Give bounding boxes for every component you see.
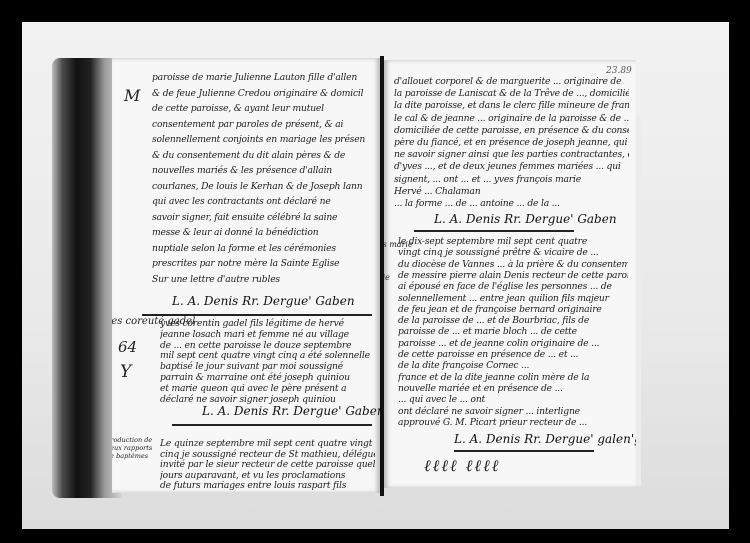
handwritten-line: ai épousé en face de l'église les person… (398, 281, 628, 292)
handwritten-line: ... la forme ... de ... antoine ... de l… (394, 198, 629, 209)
handwritten-line: vingt cinq je soussigné prêtre & vicaire… (398, 247, 628, 258)
handwritten-line: baptisé le jour suivant par moi soussign… (160, 361, 375, 372)
paraph-flourish: ℓℓℓℓ ℓℓℓℓ (424, 456, 500, 476)
handwritten-line: & du consentement du dit alain pères & d… (152, 150, 377, 161)
handwritten-line: de la paroisse de ... et de Bourbriac, f… (398, 315, 628, 326)
left-page: M paroisse de marie Julienne Lauton fill… (112, 58, 380, 493)
handwritten-line: Hervé ... Chalaman (394, 186, 629, 197)
handwritten-line: Sur une lettre d'autre rubles (152, 274, 377, 285)
handwritten-line: ... qui avec le ... ont (398, 394, 628, 405)
handwritten-line: le cal & de jeanne ... originaire de la … (394, 113, 629, 124)
margin-note-m: M (124, 86, 140, 105)
signature-left-2: L. A. Denis Rr. Dergue' Gaben'g (202, 404, 380, 418)
signature-left-1: L. A. Denis Rr. Dergue' Gaben (172, 294, 355, 308)
handwritten-line: qui avec les contractants ont déclaré ne (152, 196, 377, 207)
handwritten-line: courlanes, De louis le Kerhan & de Josep… (152, 181, 377, 192)
signature-right-1: L. A. Denis Rr. Dergue' Gaben (434, 212, 617, 226)
signature-right-2: L. A. Denis Rr. Dergue' galen'g (454, 432, 636, 446)
handwritten-line: déclaré ne savoir signer joseph quiniou (160, 394, 375, 405)
handwritten-line: de messire pierre alain Denis recteur de… (398, 270, 628, 281)
handwritten-line: savoir signer, fait ensuite célébré la s… (152, 212, 377, 223)
handwritten-line: yves corentin gadel fils légitime de her… (160, 318, 375, 329)
margin-note-bottom: Production de deux rapports de baptêmes (112, 436, 154, 460)
handwritten-line: france et de la dite jeanne colin mère d… (398, 372, 628, 383)
handwritten-line: prescrites par notre mère la Sainte Egli… (152, 258, 377, 269)
handwritten-line: nouvelles mariés & les présence d'allain (152, 165, 377, 176)
handwritten-line: parrain & marraine ont été joseph quinio… (160, 372, 375, 383)
handwritten-line: jeanne losach mari et femme né au villag… (160, 329, 375, 340)
handwritten-line: messe & leur ai donné la bénédiction (152, 227, 377, 238)
handwritten-line: ne savoir signer ainsi que les parties c… (394, 149, 629, 160)
handwritten-line: approuvé G. M. Picart prieur recteur de … (398, 417, 628, 428)
handwritten-line: de cette paroisse en présence de ... et … (398, 349, 628, 360)
handwritten-line: paroisse de marie Julienne Lauton fille … (152, 72, 377, 83)
folio-number: 23.89 (606, 66, 632, 76)
margin-note: de marie (384, 273, 390, 282)
handwritten-line: de futurs mariages entre louis raspart f… (160, 480, 375, 491)
handwritten-line: invité par le sieur recteur de cette par… (160, 459, 375, 470)
handwritten-line: nouvelle mariée et en présence de ... (398, 383, 628, 394)
handwritten-line: ont déclaré ne savoir signer ... interli… (398, 406, 628, 417)
handwritten-line: & de feue Julienne Credou originaire & d… (152, 88, 377, 99)
handwritten-line: de ... en cette paroisse le douze septem… (160, 340, 375, 351)
handwritten-line: de cette paroisse, & ayant leur mutuel (152, 103, 377, 114)
handwritten-line: père du fiancé, et en présence de joseph… (394, 137, 629, 148)
handwritten-line: du diocèse de Vannes ... à la prière & d… (398, 259, 628, 270)
handwritten-line: consentement par paroles de présent, & a… (152, 119, 377, 130)
handwritten-line: le dix-sept septembre mil sept cent quat… (398, 236, 628, 247)
entry-divider (414, 230, 574, 232)
handwritten-line: paroisse ... et de jeanne colin originai… (398, 338, 628, 349)
handwritten-line: de la dite françoise Cornec ... (398, 360, 628, 371)
handwritten-line: la paroisse de Laniscat & de la Trêve de… (394, 88, 629, 99)
handwritten-line: nuptiale selon la forme et les cérémonie… (152, 243, 377, 254)
handwritten-line: cinq je soussigné recteur de St mathieu,… (160, 449, 375, 460)
right-page: 23.89 d'allouet corporel & de marguerite… (384, 60, 636, 488)
handwritten-line: de feu jean et de françoise bernard orig… (398, 304, 628, 315)
margin-note-letter: Y (120, 362, 131, 382)
handwritten-line: la dite paroisse, et dans le clerc fille… (394, 100, 629, 111)
handwritten-line: solennellement conjoints en mariage les … (152, 134, 377, 145)
entry-divider (454, 450, 594, 452)
handwritten-line: et marie queon qui avec le père présent … (160, 383, 375, 394)
handwritten-line: d'yves ..., et de deux jeunes femmes mar… (394, 161, 629, 172)
entry-divider (172, 424, 372, 426)
handwritten-line: domiciliée de cette paroisse, en présenc… (394, 125, 629, 136)
margin-note-number: 64 (118, 338, 137, 356)
handwritten-line: solennellement ... entre jean quilion fi… (398, 293, 628, 304)
handwritten-line: signent, ... ont ... et ... yves françoi… (394, 174, 629, 185)
handwritten-line: paroisse de ... et marie bloch ... de ce… (398, 326, 628, 337)
handwritten-line: jours auparavant, et vu les proclamation… (160, 470, 375, 481)
handwritten-line: Le quinze septembre mil sept cent quatre… (160, 438, 375, 449)
handwritten-line: mil sept cent quatre vingt cinq a été so… (160, 350, 375, 361)
handwritten-line: d'allouet corporel & de marguerite ... o… (394, 76, 629, 87)
